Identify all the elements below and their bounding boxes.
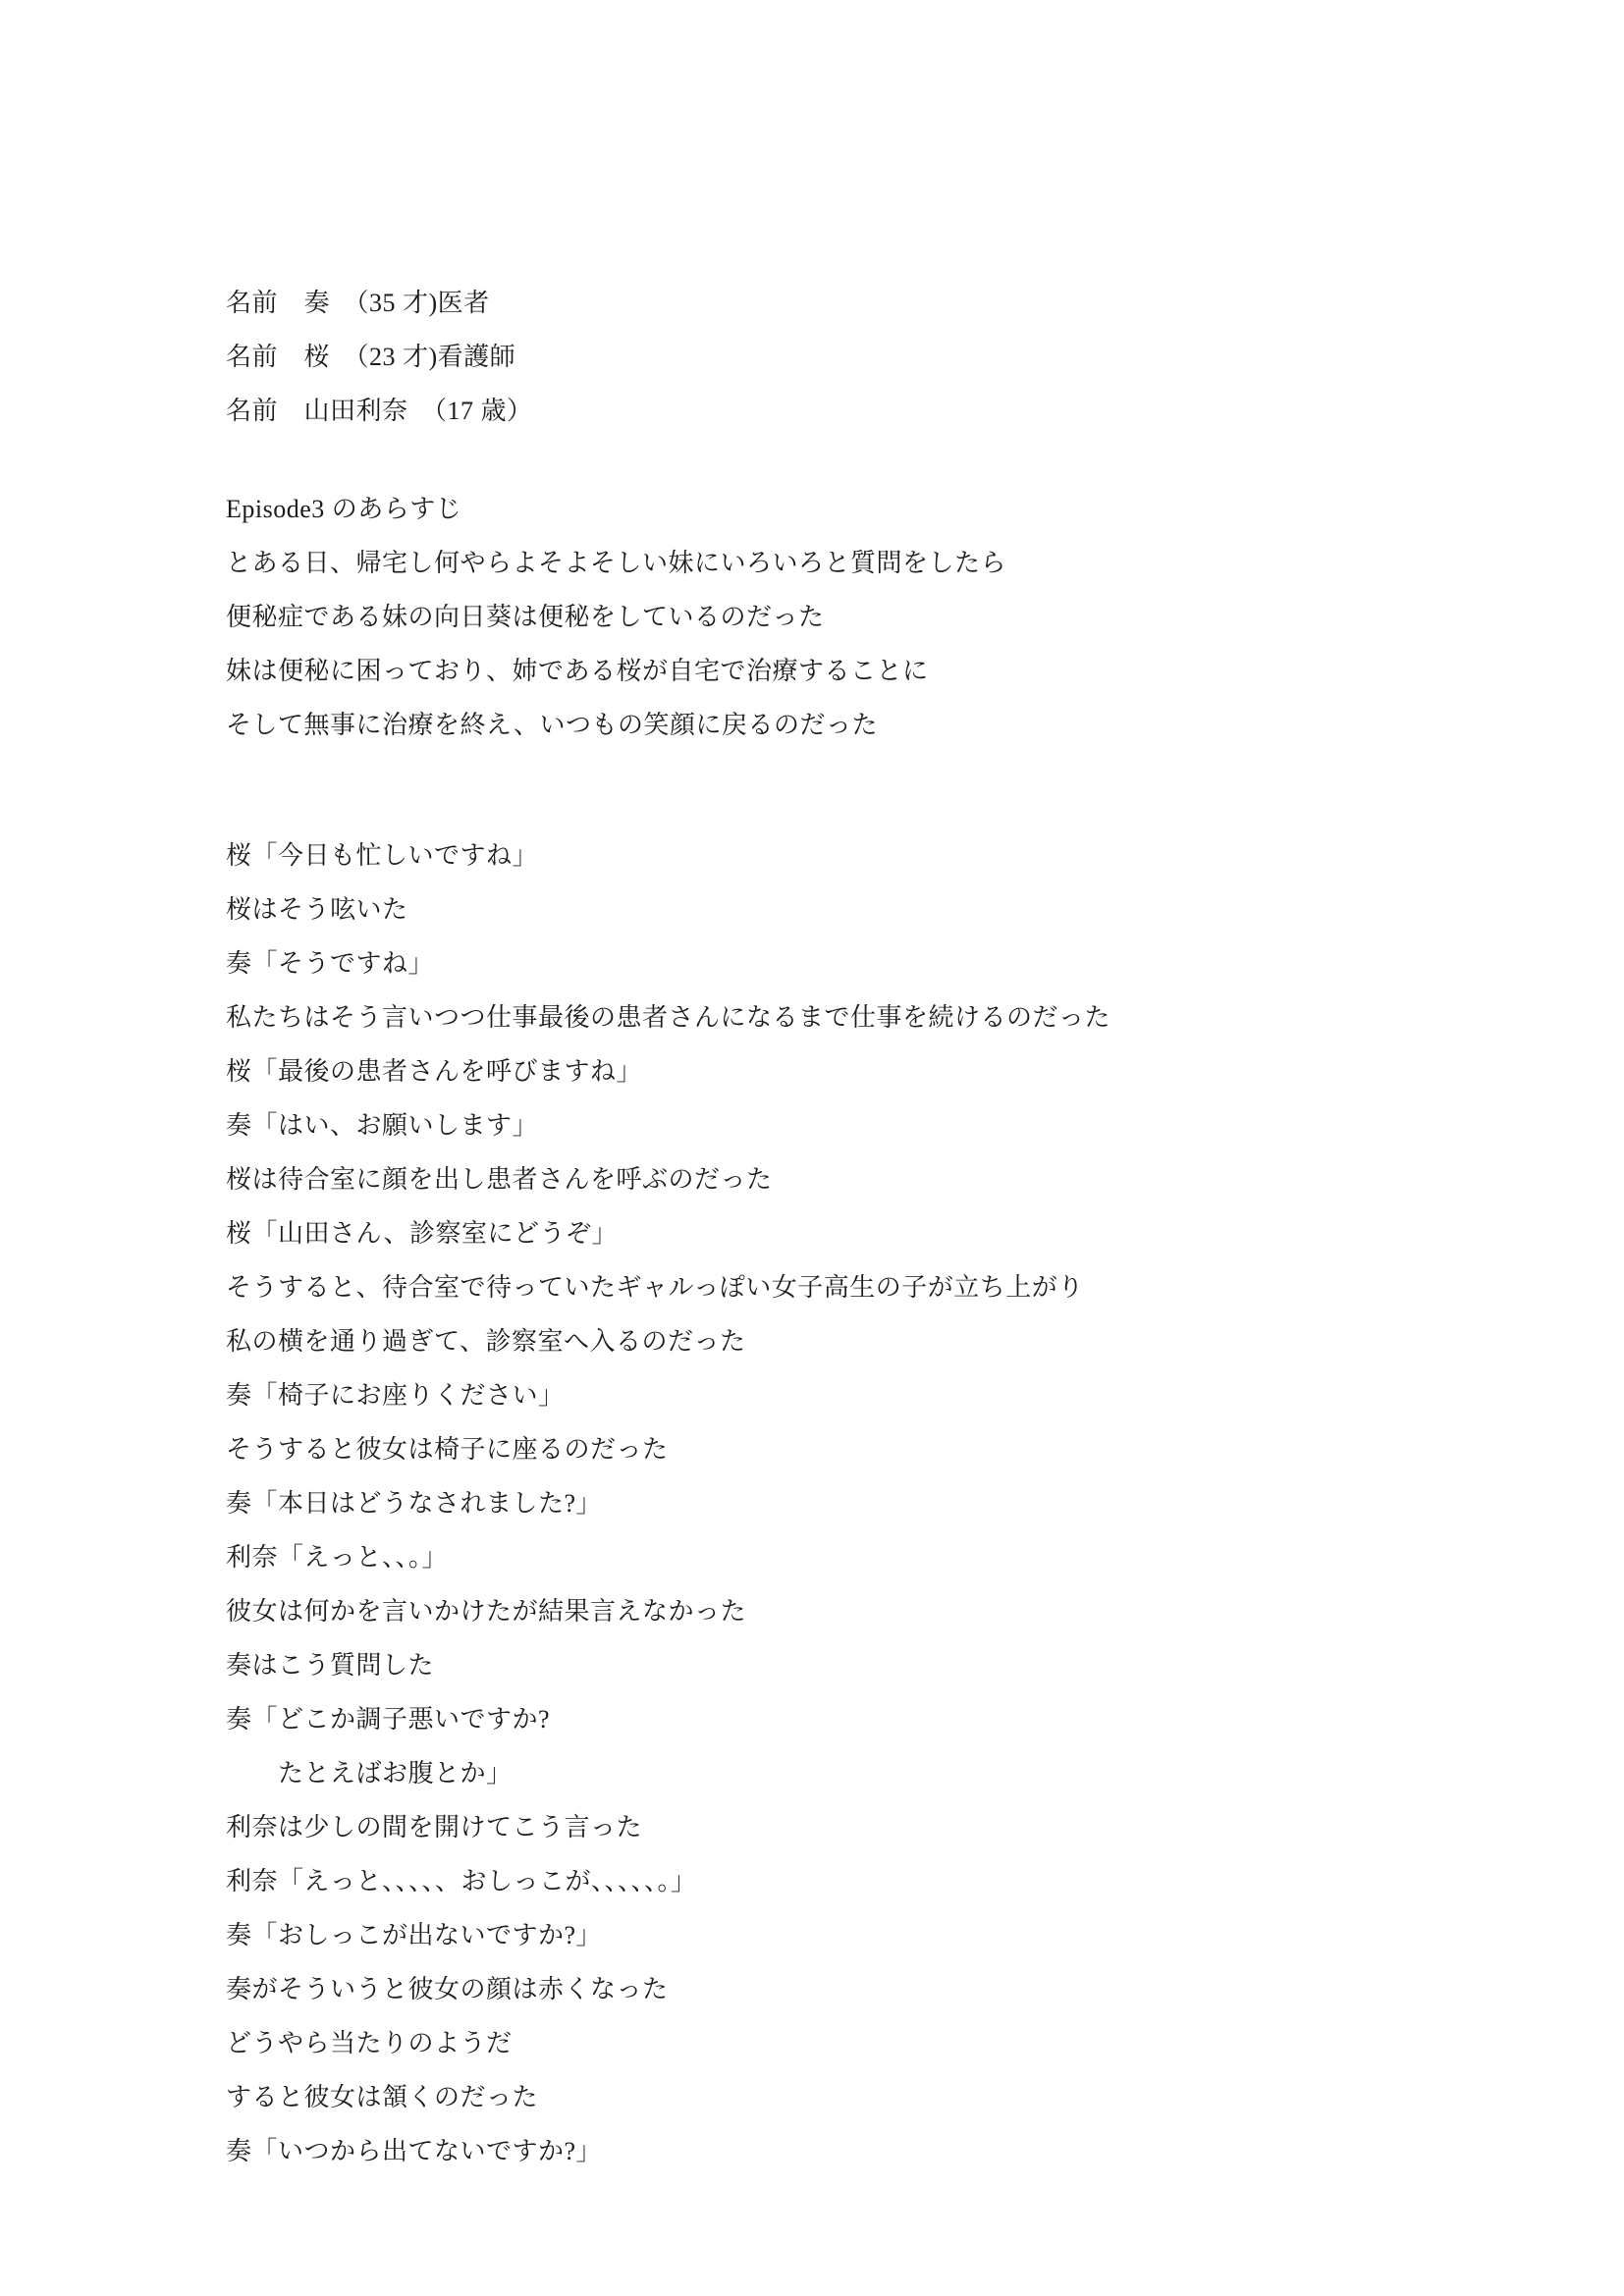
script-line: たとえばお腹とか」 (226, 1746, 1532, 1800)
synopsis-line: そして無事に治療を終え、いつもの笑顔に戻るのだった (226, 698, 1532, 752)
script-line: 利奈「えっと、、、、、おしっこが、、、、、。」 (226, 1854, 1532, 1908)
document-page: 名前 奏 （35 才)医者名前 桜 （23 才)看護師名前 山田利奈 （17 歳… (0, 0, 1624, 2296)
character-list: 名前 奏 （35 才)医者名前 桜 （23 才)看護師名前 山田利奈 （17 歳… (226, 276, 1532, 438)
script-section: 桜「今日も忙しいですね」桜はそう呟いた奏「そうですね」私たちはそう言いつつ仕事最… (226, 828, 1532, 2178)
script-line: 奏「おしっこが出ないですか?」 (226, 1908, 1532, 1962)
script-line: 利奈は少しの間を開けてこう言った (226, 1800, 1532, 1854)
script-line: 奏「椅子にお座りください」 (226, 1368, 1532, 1422)
script-line: 奏「どこか調子悪いですか? (226, 1692, 1532, 1746)
script-line: 彼女は何かを言いかけたが結果言えなかった (226, 1584, 1532, 1638)
script-line: 奏「いつから出てないですか?」 (226, 2124, 1532, 2178)
synopsis-lines: とある日、帰宅し何やらよそよそしい妹にいろいろと質問をしたら便秘症である妹の向日… (226, 536, 1532, 752)
script-line: 奏はこう質問した (226, 1638, 1532, 1692)
synopsis-line: 妹は便秘に困っており、姉である桜が自宅で治療することに (226, 644, 1532, 698)
script-line: 桜はそう呟いた (226, 882, 1532, 936)
script-line: 私たちはそう言いつつ仕事最後の患者さんになるまで仕事を続けるのだった (226, 990, 1532, 1044)
script-line: 桜「最後の患者さんを呼びますね」 (226, 1044, 1532, 1098)
script-line: 私の横を通り過ぎて、診察室へ入るのだった (226, 1314, 1532, 1368)
script-line: そうすると彼女は椅子に座るのだった (226, 1422, 1532, 1476)
script-line: すると彼女は頷くのだった (226, 2070, 1532, 2124)
script-line: 桜「山田さん、診察室にどうぞ」 (226, 1206, 1532, 1260)
document-content: 名前 奏 （35 才)医者名前 桜 （23 才)看護師名前 山田利奈 （17 歳… (226, 276, 1532, 2178)
synopsis-section: Episode3 のあらすじ とある日、帰宅し何やらよそよそしい妹にいろいろと質… (226, 482, 1532, 752)
script-line: 桜「今日も忙しいですね」 (226, 828, 1532, 882)
script-line: 桜は待合室に顔を出し患者さんを呼ぶのだった (226, 1152, 1532, 1206)
character-line: 名前 桜 （23 才)看護師 (226, 330, 1532, 384)
script-line: どうやら当たりのようだ (226, 2016, 1532, 2070)
script-line: そうすると、待合室で待っていたギャルっぽい女子高生の子が立ち上がり (226, 1260, 1532, 1314)
character-line: 名前 奏 （35 才)医者 (226, 276, 1532, 330)
script-line: 奏「はい、お願いします」 (226, 1098, 1532, 1152)
script-line: 奏がそういうと彼女の顔は赤くなった (226, 1962, 1532, 2016)
synopsis-line: 便秘症である妹の向日葵は便秘をしているのだった (226, 590, 1532, 644)
synopsis-title: Episode3 のあらすじ (226, 482, 1532, 536)
script-line: 利奈「えっと、、。」 (226, 1530, 1532, 1584)
script-line: 奏「そうですね」 (226, 936, 1532, 990)
script-line: 奏「本日はどうなされました?」 (226, 1476, 1532, 1530)
character-line: 名前 山田利奈 （17 歳） (226, 384, 1532, 438)
synopsis-line: とある日、帰宅し何やらよそよそしい妹にいろいろと質問をしたら (226, 536, 1532, 590)
